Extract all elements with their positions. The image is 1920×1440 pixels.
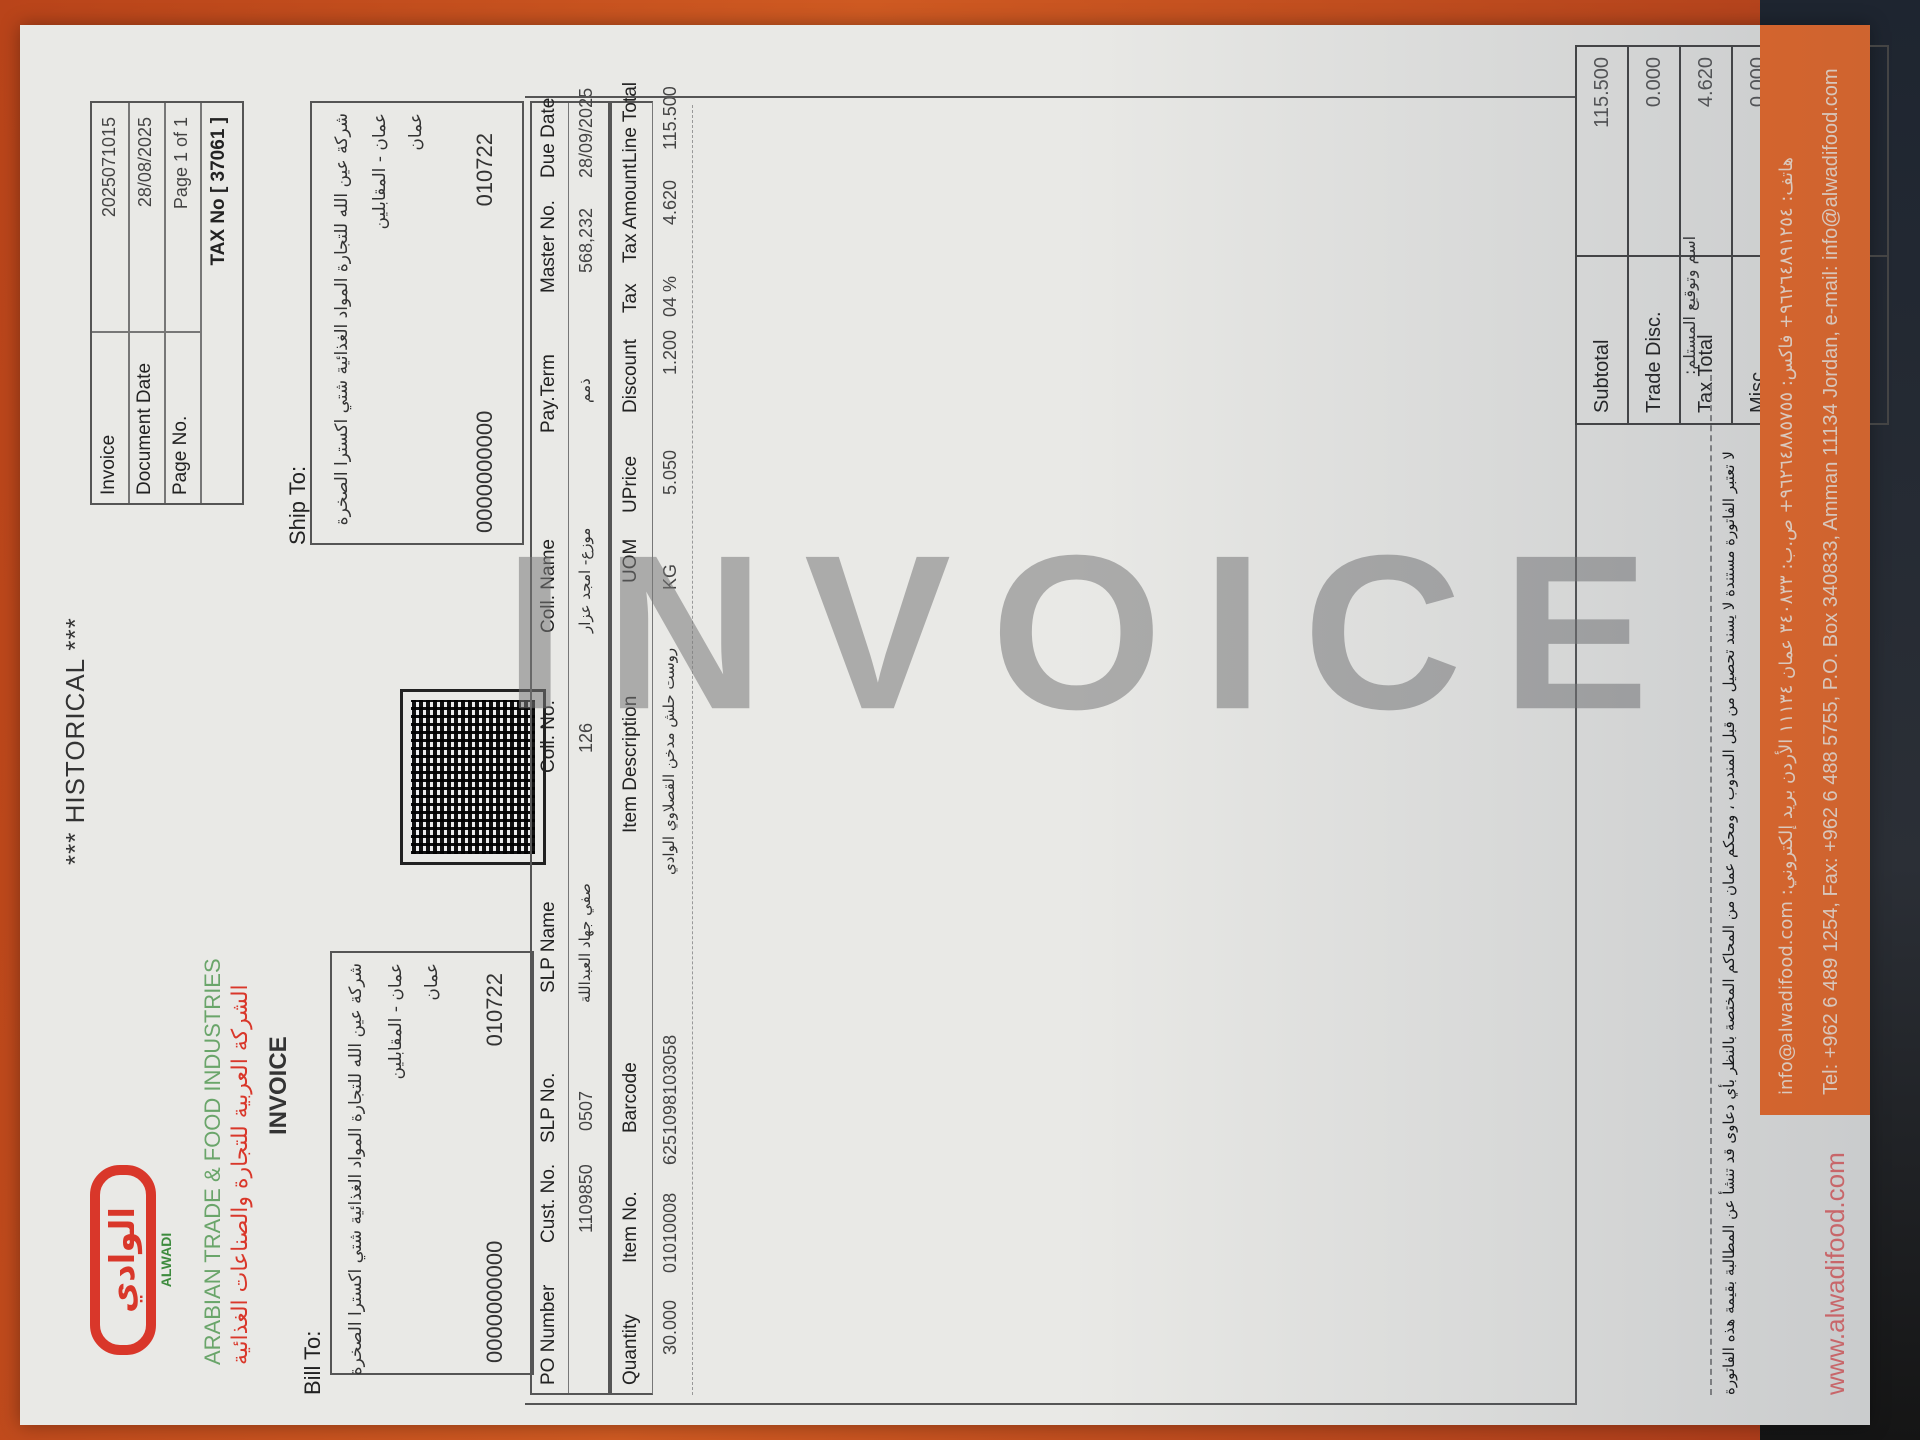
document-date-value: 28/08/2025 [135,117,156,207]
historical-banner: *** HISTORICAL *** [60,617,91,865]
ship-to-box: شركة عين الله للتجارة المواد الغذائية شت… [310,101,524,545]
totals-row-subtotal: Subtotal115.500 [1576,46,1628,424]
ship-to-line2: عمان - المقابلين [370,113,390,230]
company-name-en: ARABIAN TRADE & FOOD INDUSTRIES [200,958,226,1365]
bill-to-box: شركة عين الله للتجارة المواد الغذائية شت… [330,951,534,1375]
watermark-text: INVOICE [504,506,1689,759]
document-date-label: Document Date [134,363,156,495]
bill-to-label: Bill To: [300,1331,326,1395]
page-no-label: Page No. [170,416,192,495]
disclaimer-text: لا تعتبر الفاتورة مستندة لا يسند تحصيل م… [1720,451,1738,1395]
bill-to-code: 010722 [482,973,508,1046]
footer-contact-en: Tel: +962 6 489 1254, Fax: +962 6 488 57… [1820,68,1843,1095]
trade-disc-label: Trade Disc. [1628,256,1680,424]
invoice-number-value: 2025071015 [99,117,120,217]
invoice-title: INVOICE [265,1036,293,1135]
tax-total-value: 4.620 [1680,46,1732,256]
subtotal-value: 115.500 [1576,46,1628,256]
tax-number: TAX No [ 37061 ] [208,117,230,266]
page-no-value: Page 1 of 1 [171,117,192,209]
footer-contact-band: هاتف: ٩٦٢٦٤٨٩١٢٥٤+ فاكس: ٩٦٢٦٤٨٨٥٧٥٥+ ص.… [1760,25,1870,1115]
ship-to-code: 010722 [472,133,498,206]
invoice-page: *** HISTORICAL *** الوادي ALWADI ARABIAN… [20,25,1870,1425]
bill-to-phone: 0000000000 [482,1241,508,1363]
signature-line[interactable] [1710,375,1712,1395]
ship-to-line3: عمان [406,113,426,151]
website-link[interactable]: www.alwadifood.com [1820,1152,1851,1395]
bill-to-line3: عمان [422,963,442,1001]
trade-disc-value: 0.000 [1628,46,1680,256]
footer-contact-ar: هاتف: ٩٦٢٦٤٨٩١٢٥٤+ فاكس: ٩٦٢٦٤٨٨٥٧٥٥+ ص.… [1776,157,1797,1095]
logo-wordmark-ar: الوادي [90,1165,156,1355]
bill-to-line1: شركة عين الله للتجارة المواد الغذائية شت… [346,963,366,1375]
bill-to-line2: عمان - المقابلين [386,963,406,1080]
receiver-signature-label: اسم وتوقيع المستلم: [1680,236,1699,375]
ship-to-label: Ship To: [285,466,311,545]
subtotal-label: Subtotal [1576,256,1628,424]
invoice-meta-box: Invoice 2025071015 Document Date 28/08/2… [90,101,244,505]
invoice-number-label: Invoice [98,435,120,495]
company-name-ar: الشركة العربية للتجارة والصناعات الغذائي… [228,984,253,1365]
logo-wordmark-en: ALWADI [158,1165,174,1355]
ship-to-line1: شركة عين الله للتجارة المواد الغذائية شت… [332,113,352,525]
alwadi-logo: الوادي ALWADI [90,1155,190,1355]
ship-to-phone: 0000000000 [472,411,498,533]
invoice-watermark: INVOICE [720,325,1020,1125]
totals-row-trade-disc: Trade Disc.0.000 [1628,46,1680,424]
